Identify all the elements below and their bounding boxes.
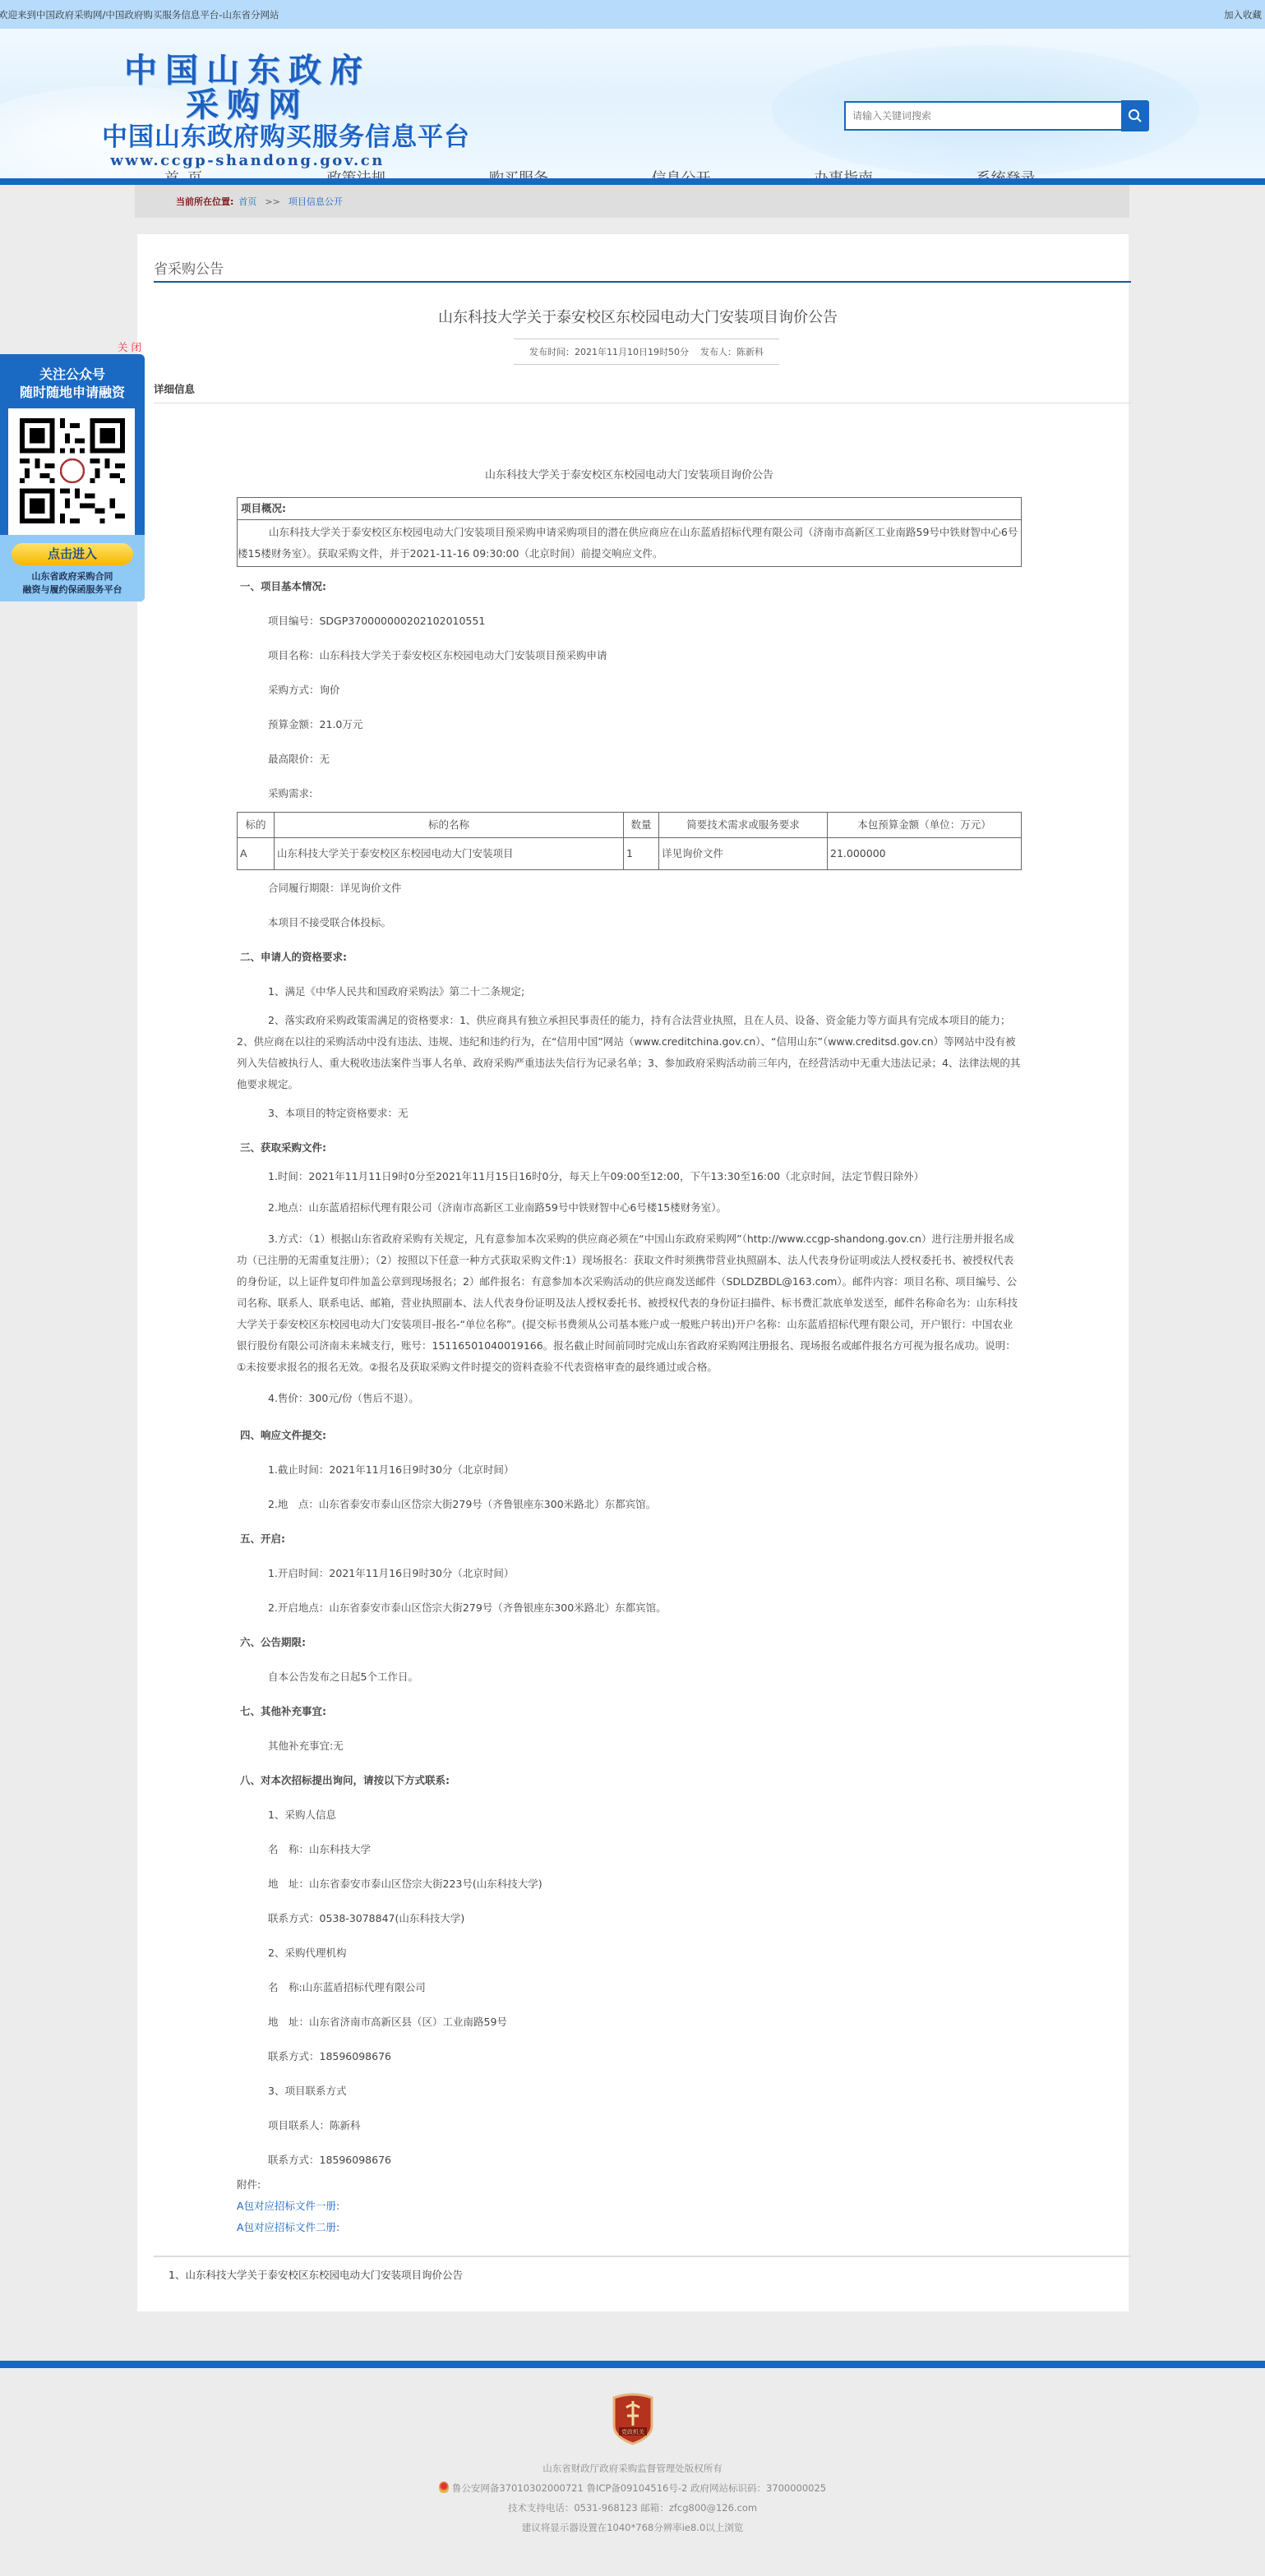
- ad-platform-name: 山东省政府采购合同 融资与履约保函服务平台: [0, 570, 145, 597]
- project-overview-box: 项目概况: 山东科技大学关于泰安校区东校园电动大门安装项目预采购申请采购项目的潜…: [237, 497, 1022, 567]
- footer-record-text[interactable]: 鲁公安网备37010302000721 鲁ICP备09104516号-2 政府网…: [452, 2482, 826, 2494]
- nav-guide[interactable]: 办事指南: [771, 167, 934, 178]
- logo-subtitle: 中国山东政府购买服务信息平台: [102, 122, 390, 152]
- document-item: 3.方式：（1）根据山东省政府采购有关规定，凡有意参加本次采购的供应商必须在“中…: [237, 1228, 1022, 1378]
- ad-title-line: 随时随地申请融资: [0, 384, 145, 402]
- party-government-badge-icon[interactable]: 党政机关: [611, 2393, 655, 2445]
- attachment-link[interactable]: A包对应招标文件一册:: [237, 2198, 1022, 2214]
- article-title: 山东科技大学关于泰安校区东校园电动大门安装项目询价公告: [154, 306, 1122, 327]
- search-bar: [844, 101, 1149, 131]
- qr-code-icon: [8, 408, 135, 538]
- table-header: 数量: [624, 813, 659, 838]
- contact-item: 2、采购代理机构: [237, 1945, 1022, 1961]
- site-footer: 党政机关 山东省财政厅政府采购监督管理处版权所有 鲁公安网备3701030200…: [0, 2361, 1265, 2551]
- project-name: 项目名称：山东科技大学关于泰安校区东校园电动大门安装项目预采购申请: [237, 647, 1022, 664]
- site-header: 中国山东政府采购网 中国山东政府购买服务信息平台 www.ccgp-shando…: [0, 29, 1265, 178]
- table-cell: 21.000000: [828, 838, 1022, 870]
- qualification-item: 3、本项目的特定资格要求：无: [237, 1105, 1022, 1122]
- nav-info-disclosure[interactable]: 信息公开: [609, 167, 772, 178]
- contact-item: 联系方式：0538-3078847(山东科技大学): [237, 1910, 1022, 1927]
- notice-period: 自本公告发布之日起5个工作日。: [237, 1669, 1022, 1685]
- table-row: A 山东科技大学关于泰安校区东校园电动大门安装项目 1 详见询价文件 21.00…: [238, 838, 1022, 870]
- contract-period: 合同履行期限：详见询价文件: [237, 880, 1022, 896]
- svg-text:党政机关: 党政机关: [621, 2428, 644, 2435]
- attachments-label: 附件:: [237, 2177, 1022, 2193]
- publisher: 发布人：陈新科: [700, 347, 764, 357]
- submission-item: 2.地 点：山东省泰安市泰山区岱宗大街279号（齐鲁银座东300米路北）东都宾馆…: [237, 1496, 1022, 1513]
- procurement-method: 采购方式：询价: [237, 682, 1022, 698]
- section-heading: 三、获取采购文件:: [240, 1140, 1022, 1156]
- ad-platform-line: 融资与履约保函服务平台: [0, 583, 145, 597]
- submission-item: 1.截止时间：2021年11月16日9时30分（北京时间）: [237, 1462, 1022, 1478]
- ad-platform-line: 山东省政府采购合同: [0, 570, 145, 583]
- nav-purchase-service[interactable]: 购买服务: [446, 167, 609, 178]
- contact-item: 联系方式：18596098676: [237, 2152, 1022, 2168]
- contact-item: 联系方式：18596098676: [237, 2048, 1022, 2065]
- nav-home[interactable]: 首页: [122, 167, 284, 178]
- ad-title: 关注公众号 随时随地申请融资: [0, 354, 145, 402]
- breadcrumb-project-info[interactable]: 项目信息公开: [289, 195, 343, 208]
- section-heading: 七、其他补充事宜:: [240, 1703, 1022, 1720]
- article-meta: 发布时间：2021年11月10日19时50分发布人：陈新科: [514, 339, 779, 365]
- ad-bottom: 点击进入 山东省政府采购合同 融资与履约保函服务平台: [0, 535, 145, 601]
- search-button[interactable]: [1121, 100, 1149, 131]
- publish-time: 发布时间：2021年11月10日19时50分: [529, 347, 689, 357]
- opening-item: 1.开启时间：2021年11月16日9时30分（北京时间）: [237, 1565, 1022, 1582]
- overview-heading: 项目概况:: [238, 498, 1021, 520]
- table-cell: 详见询价文件: [659, 838, 828, 870]
- opening-item: 2.开启地点：山东省泰安市泰山区岱宗大街279号（齐鲁银座东300米路北）东都宾…: [237, 1600, 1022, 1616]
- document-item: 2.地点：山东蓝盾招标代理有限公司（济南市高新区工业南路59号中铁财智中心6号楼…: [237, 1197, 1022, 1219]
- breadcrumb-label: 当前所在位置:: [176, 195, 233, 208]
- demand-label: 采购需求:: [237, 786, 1022, 802]
- breadcrumb: 当前所在位置: 首页 >> 项目信息公开: [135, 185, 1129, 218]
- table-cell: A: [238, 838, 275, 870]
- contact-item: 1、采购人信息: [237, 1807, 1022, 1823]
- ad-title-line: 关注公众号: [0, 366, 145, 384]
- document-item: 4.售价：300元/份（售后不退）。: [237, 1388, 1022, 1409]
- contact-item: 地 址：山东省泰安市泰山区岱宗大街223号(山东科技大学): [237, 1876, 1022, 1892]
- welcome-text: 欢迎来到中国政府采购网/中国政府购买服务信息平台-山东省分网站: [0, 8, 279, 21]
- table-header: 简要技术需求或服务要求: [659, 813, 828, 838]
- section-heading: 六、公告期限:: [240, 1634, 1022, 1651]
- section-heading: 一、项目基本情况:: [240, 578, 1022, 595]
- contact-item: 项目联系人：陈新科: [237, 2117, 1022, 2134]
- attachment-link[interactable]: A包对应招标文件二册:: [237, 2219, 1022, 2236]
- footer-copyright: 山东省财政厅政府采购监督管理处版权所有: [0, 2462, 1265, 2475]
- contact-item: 地 址：山东省济南市高新区县（区）工业南路59号: [237, 2014, 1022, 2030]
- section-heading: 二、申请人的资格要求:: [240, 949, 1022, 965]
- article-body: 山东科技大学关于泰安校区东校园电动大门安装项目询价公告 项目概况: 山东科技大学…: [237, 468, 1022, 2236]
- contact-item: 3、项目联系方式: [237, 2083, 1022, 2099]
- attachments: 附件: A包对应招标文件一册: A包对应招标文件二册:: [237, 2177, 1022, 2236]
- related-list: 1、山东科技大学关于泰安校区东校园电动大门安装项目询价公告: [154, 2256, 1131, 2282]
- breadcrumb-home[interactable]: 首页: [238, 195, 256, 208]
- section-heading: 五、开启:: [240, 1531, 1022, 1547]
- header-divider: [0, 178, 1265, 185]
- section-heading: 四、响应文件提交:: [240, 1427, 1022, 1444]
- consortium-note: 本项目不接受联合体投标。: [237, 915, 1022, 931]
- section-heading: 八、对本次招标提出询问，请按以下方式联系:: [240, 1772, 1022, 1789]
- nav-policy[interactable]: 政策法规: [284, 167, 447, 178]
- other-matters: 其他补充事宜:无: [237, 1738, 1022, 1754]
- requirements-table: 标的 标的名称 数量 简要技术需求或服务要求 本包预算金额（单位：万元） A 山…: [237, 812, 1022, 870]
- nav-login[interactable]: 系统登录: [934, 167, 1096, 178]
- search-input[interactable]: [844, 101, 1121, 131]
- table-header: 本包预算金额（单位：万元）: [828, 813, 1022, 838]
- footer-advice: 建议将显示器设置在1040*768分辨率ie8.0以上浏览: [0, 2521, 1265, 2534]
- document-item: 1.时间：2021年11月11日9时0分至2021年11月15日16时0分，每天…: [237, 1166, 1022, 1187]
- table-header-row: 标的 标的名称 数量 简要技术需求或服务要求 本包预算金额（单位：万元）: [238, 813, 1022, 838]
- top-bar: 欢迎来到中国政府采购网/中国政府购买服务信息平台-山东省分网站 加入收藏: [0, 0, 1265, 29]
- project-number: 项目编号：SDGP370000000202102010551: [237, 613, 1022, 629]
- table-header: 标的: [238, 813, 275, 838]
- breadcrumb-separator: >>: [265, 196, 279, 207]
- table-cell: 山东科技大学关于泰安校区东校园电动大门安装项目: [275, 838, 624, 870]
- footer-support: 技术支持电话：0531-968123 邮箱：zfcg800@126.com: [0, 2501, 1265, 2514]
- add-favorite-link[interactable]: 加入收藏: [1224, 8, 1262, 21]
- overview-text: 山东科技大学关于泰安校区东校园电动大门安装项目预采购申请采购项目的潜在供应商应在…: [238, 520, 1021, 566]
- search-icon: [1128, 108, 1143, 123]
- police-emblem-icon[interactable]: [439, 2482, 449, 2493]
- qualification-item: 2、落实政府采购政策需满足的资格要求：1、供应商具有独立承担民事责任的能力，持有…: [237, 1010, 1022, 1095]
- max-price: 最高限价：无: [237, 751, 1022, 767]
- related-link[interactable]: 1、山东科技大学关于泰安校区东校园电动大门安装项目询价公告: [169, 2269, 463, 2281]
- footer-records: 鲁公安网备37010302000721 鲁ICP备09104516号-2 政府网…: [0, 2482, 1265, 2495]
- ad-panel[interactable]: 关注公众号 随时随地申请融资: [0, 354, 145, 601]
- section-title: 省采购公告: [154, 257, 1131, 283]
- table-header: 标的名称: [275, 813, 624, 838]
- contact-item: 名 称：山东科技大学: [237, 1841, 1022, 1858]
- detail-heading: 详细信息: [154, 381, 1131, 403]
- table-cell: 1: [624, 838, 659, 870]
- article-card: 省采购公告 山东科技大学关于泰安校区东校园电动大门安装项目询价公告 发布时间：2…: [137, 234, 1129, 2311]
- floating-ad: 关闭 关注公众号 随时随地申请融资: [0, 354, 145, 601]
- budget-amount: 预算金额：21.0万元: [237, 717, 1022, 733]
- content-title: 山东科技大学关于泰安校区东校园电动大门安装项目询价公告: [237, 468, 1022, 484]
- site-logo[interactable]: 中国山东政府采购网 中国山东政府购买服务信息平台 www.ccgp-shando…: [105, 53, 390, 170]
- contact-item: 名 称:山东蓝盾招标代理有限公司: [237, 1979, 1022, 1996]
- logo-title: 中国山东政府采购网: [105, 53, 390, 122]
- main-nav: 首页 政策法规 购买服务 信息公开 办事指南 系统登录: [0, 167, 1265, 178]
- qualification-item: 1、满足《中华人民共和国政府采购法》第二十二条规定;: [237, 984, 1022, 1000]
- close-ad-button[interactable]: 关闭: [118, 339, 145, 354]
- ad-enter-button[interactable]: 点击进入: [12, 543, 133, 565]
